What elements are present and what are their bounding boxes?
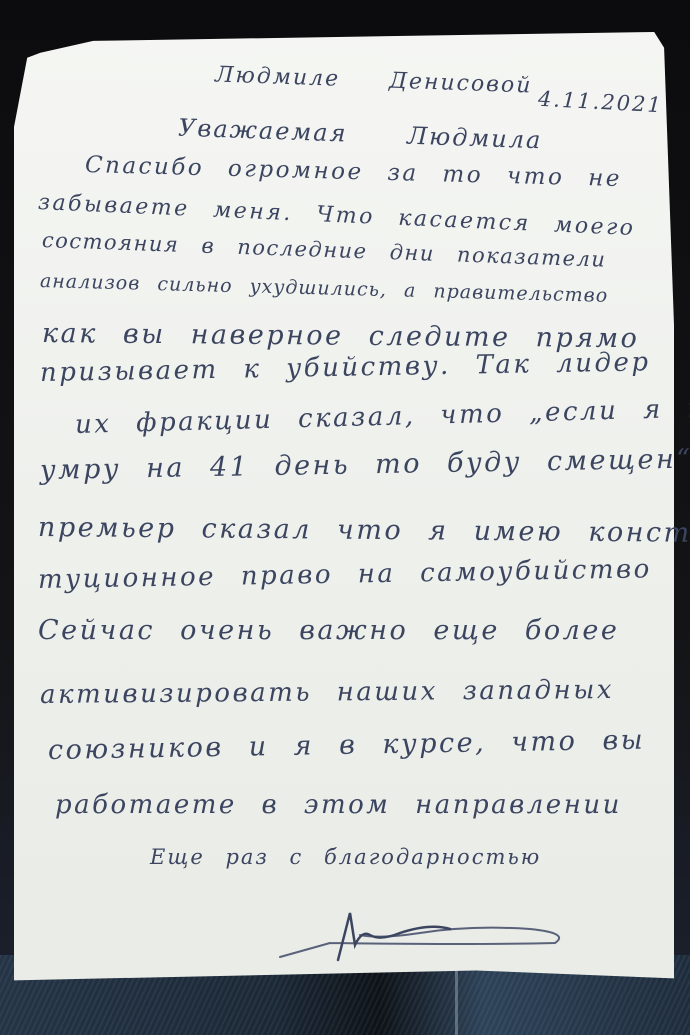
body-line: Сейчас очень важно еще более [38,615,619,646]
body-line: активизировать наших западных [40,675,614,710]
body-line: работаете в этом направлении [55,790,622,820]
closing-line: Еще раз с благодарностью [150,845,541,869]
fabric-seam [455,960,458,1035]
signature-mark [270,905,570,965]
photo-scene: Людмиле Денисовой 4.11.2021 Уважаемая Лю… [0,0,690,1035]
body-line: премьер сказал что я имею консти- [38,512,690,549]
